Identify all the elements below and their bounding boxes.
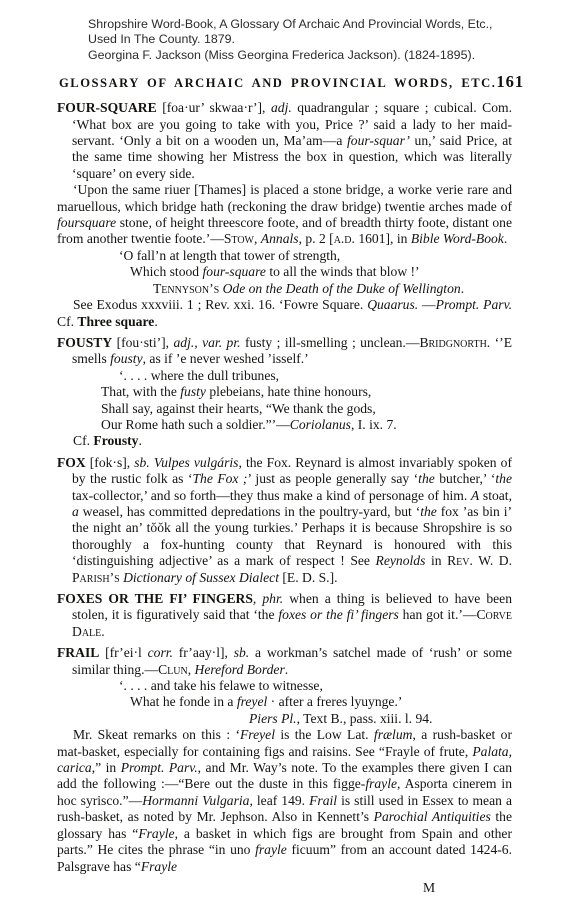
text-segment: Rev. xyxy=(447,553,473,568)
text-segment: Tennyson’s xyxy=(153,281,219,296)
text-segment: Frayle xyxy=(141,859,177,874)
text-segment: frælum xyxy=(374,727,413,742)
text-segment: fr’aay·l], xyxy=(173,645,234,660)
text-segment: frayle xyxy=(365,776,397,791)
text-segment: . xyxy=(138,433,141,448)
text-segment: , xyxy=(188,662,195,677)
text-segment: FOX xyxy=(57,455,86,470)
entry-paragraph: FOUR-SQUARE [foa·ur’ skwaa·r’], adj. qua… xyxy=(57,100,512,182)
entry-paragraph: Shall say, against their hearts, “We tha… xyxy=(101,401,512,417)
text-segment: Three square xyxy=(77,314,154,329)
text-segment: What he fonde in a xyxy=(130,694,237,709)
text-segment: the xyxy=(495,471,512,486)
scanned-page-body: GLOSSARY OF ARCHAIC AND PROVINCIAL WORDS… xyxy=(57,72,512,896)
text-segment: 1601], in xyxy=(355,231,411,246)
text-segment: plebeians, hate thine honours, xyxy=(206,384,371,399)
text-segment: Shall say, against their hearts, “We tha… xyxy=(101,401,376,416)
page-number: 161 xyxy=(496,72,524,92)
source-citation: Shropshire Word-Book, A Glossary Of Arch… xyxy=(88,17,527,63)
entry-paragraph: Cf. Frousty. xyxy=(57,433,512,449)
text-segment: is the Low Lat. xyxy=(275,727,374,742)
text-segment: a xyxy=(72,504,79,519)
source-author-line: Georgina F. Jackson (Miss Georgina Frede… xyxy=(88,48,527,63)
text-segment: Reynolds xyxy=(376,553,426,568)
text-segment: Frousty xyxy=(93,433,138,448)
text-segment: Frayle xyxy=(138,826,174,841)
entry-paragraph: ‘. . . . where the dull tribunes, xyxy=(119,368,512,384)
text-segment: sb. Vulpes vulgáris xyxy=(134,455,238,470)
running-head: GLOSSARY OF ARCHAIC AND PROVINCIAL WORDS… xyxy=(59,72,512,92)
text-segment: [fou·sti’], xyxy=(112,335,173,350)
text-segment: Parochial Antiquities xyxy=(374,809,491,824)
text-segment: W. D. xyxy=(473,553,512,568)
text-segment: FRAIL xyxy=(57,645,99,660)
text-segment: Ode on the Death of the Duke of Wellingt… xyxy=(223,281,461,296)
text-segment: Clun xyxy=(158,662,188,677)
text-segment: foxes or the fi’ fingers xyxy=(278,607,398,622)
text-segment: Mr. Skeat remarks on this : ‘ xyxy=(73,727,240,742)
text-segment: FOUR-SQUARE xyxy=(57,100,157,115)
text-segment: freyel xyxy=(237,694,267,709)
text-segment: foursquare xyxy=(57,215,116,230)
entry-paragraph: Which stood four-square to all the winds… xyxy=(130,264,512,280)
entry-four-square: FOUR-SQUARE [foa·ur’ skwaa·r’], adj. qua… xyxy=(57,100,512,330)
entry-paragraph: What he fonde in a freyel · after a frer… xyxy=(130,694,512,710)
text-segment: Parish’s xyxy=(72,570,120,585)
text-segment: Stow xyxy=(224,231,254,246)
entry-paragraph: Mr. Skeat remarks on this : ‘Freyel is t… xyxy=(57,727,512,875)
text-segment: to all the winds that blow !’ xyxy=(266,264,420,279)
text-segment: , xyxy=(253,591,262,606)
text-segment: . xyxy=(154,314,157,329)
entry-fox: FOX [fok·s], sb. Vulpes vulgáris, the Fo… xyxy=(57,455,512,586)
text-segment: a.d. xyxy=(334,231,355,246)
text-segment: ‘O fall’n at length that tower of streng… xyxy=(119,248,340,263)
text-segment: Our Rome hath such a soldier.”’— xyxy=(101,417,290,432)
entry-paragraph: See Exodus xxxviii. 1 ; Rev. xxi. 16. ‘F… xyxy=(57,297,512,330)
book-page: Shropshire Word-Book, A Glossary Of Arch… xyxy=(0,0,567,915)
entry-paragraph: That, with the fusty plebeians, hate thi… xyxy=(101,384,512,400)
text-segment: Bridgnorth xyxy=(419,335,486,350)
text-segment: phr. xyxy=(262,591,283,606)
text-segment: stoat, xyxy=(479,488,512,503)
entry-frail: FRAIL [fr’ei·l corr. fr’aay·l], sb. a wo… xyxy=(57,645,512,875)
entry-fousty: FOUSTY [fou·sti’], adj., var. pr. fusty … xyxy=(57,335,512,450)
text-segment: weasel, has committed depredations in th… xyxy=(79,504,420,519)
entry-paragraph: Tennyson’s Ode on the Death of the Duke … xyxy=(153,281,512,297)
text-segment: A xyxy=(471,488,479,503)
text-segment: See Exodus xxxviii. 1 ; Rev. xxi. 16. ‘F… xyxy=(73,297,367,312)
text-segment: , xyxy=(254,231,261,246)
text-segment: , p. 2 [ xyxy=(299,231,334,246)
text-segment: frayle xyxy=(255,842,287,857)
text-segment: Cf. xyxy=(57,314,77,329)
text-segment: Coriolanus xyxy=(290,417,351,432)
text-segment: [foa·ur’ skwaa·r’], xyxy=(157,100,271,115)
text-segment: adj. xyxy=(271,100,292,115)
text-segment: , Text B., pass. xiii. l. 94. xyxy=(297,711,433,726)
text-segment: Bible Word-Book xyxy=(411,231,504,246)
text-segment: han got it.’— xyxy=(399,607,477,622)
signature-mark: M xyxy=(423,880,512,896)
entry-paragraph: FOX [fok·s], sb. Vulpes vulgáris, the Fo… xyxy=(57,455,512,586)
text-segment: four-square xyxy=(203,264,266,279)
text-segment: four-squar’ xyxy=(347,133,410,148)
text-segment: fousty xyxy=(110,351,142,366)
text-segment: tax-collector,’ and so forth—they thus m… xyxy=(72,488,471,503)
text-segment: Annals xyxy=(261,231,299,246)
text-segment: · after a freres lyuynge.’ xyxy=(267,694,402,709)
text-segment: Hormanni Vulgaria xyxy=(142,793,249,808)
text-segment: , I. ix. 7. xyxy=(351,417,397,432)
entries: FOUR-SQUARE [foa·ur’ skwaa·r’], adj. qua… xyxy=(57,100,512,875)
entry-paragraph: Our Rome hath such a soldier.”’—Coriolan… xyxy=(101,417,512,433)
text-segment: ‘Upon the same riuer [Thames] is placed … xyxy=(57,182,512,213)
text-segment: Cf. xyxy=(73,433,93,448)
text-segment: Frail xyxy=(309,793,337,808)
entry-paragraph: FOXES OR THE FI’ FINGERS, phr. when a th… xyxy=(57,591,512,640)
text-segment: corr. xyxy=(148,645,173,660)
text-segment: in xyxy=(425,553,447,568)
text-segment: the xyxy=(418,471,435,486)
text-segment: ‘. . . . and take his felawe to witnesse… xyxy=(119,678,323,693)
text-segment: fusty ; ill-smelling ; unclean.— xyxy=(241,335,420,350)
text-segment: Prompt. Parv. xyxy=(121,760,198,775)
text-segment: [fr’ei·l xyxy=(99,645,147,660)
text-segment: ’ just as people generally say ‘ xyxy=(247,471,418,486)
text-segment: sb. xyxy=(234,645,250,660)
text-segment: — xyxy=(418,297,435,312)
text-segment: the xyxy=(420,504,437,519)
text-segment: . xyxy=(101,624,104,639)
text-segment: butcher,’ ‘ xyxy=(435,471,496,486)
text-segment: , leaf 149. xyxy=(249,793,309,808)
text-segment: [fok·s], xyxy=(86,455,135,470)
text-segment: FOXES OR THE FI’ FINGERS xyxy=(57,591,253,606)
source-subtitle-line: Used In The County. 1879. xyxy=(88,32,527,47)
entry-paragraph: ‘O fall’n at length that tower of streng… xyxy=(119,248,512,264)
text-segment: [E. D. S.]. xyxy=(279,570,338,585)
entry-foxes-or-the-fi-fingers: FOXES OR THE FI’ FINGERS, phr. when a th… xyxy=(57,591,512,640)
entry-paragraph: Piers Pl., Text B., pass. xiii. l. 94. xyxy=(249,711,512,727)
text-segment: Dictionary of Sussex Dialect xyxy=(123,570,279,585)
text-segment: ,” in xyxy=(92,760,121,775)
text-segment: . xyxy=(504,231,507,246)
text-segment: That, with the xyxy=(101,384,180,399)
entry-paragraph: ‘Upon the same riuer [Thames] is placed … xyxy=(57,182,512,248)
text-segment: Which stood xyxy=(130,264,203,279)
text-segment: , as if ’e never weshed ’isself.’ xyxy=(143,351,309,366)
text-segment: . xyxy=(285,662,288,677)
source-title-line: Shropshire Word-Book, A Glossary Of Arch… xyxy=(88,17,527,32)
text-segment: FOUSTY xyxy=(57,335,112,350)
text-segment: adj., var. pr. xyxy=(174,335,241,350)
text-segment: Freyel xyxy=(240,727,275,742)
text-segment: The Fox ; xyxy=(192,471,247,486)
text-segment: Piers Pl. xyxy=(249,711,297,726)
text-segment: ‘. . . . where the dull tribunes, xyxy=(119,368,279,383)
running-title: GLOSSARY OF ARCHAIC AND PROVINCIAL WORDS… xyxy=(59,76,496,91)
entry-paragraph: FOUSTY [fou·sti’], adj., var. pr. fusty … xyxy=(57,335,512,368)
text-segment: Quaarus. xyxy=(367,297,418,312)
text-segment: Prompt. Parv. xyxy=(436,297,512,312)
text-segment: fusty xyxy=(180,384,206,399)
text-segment: . xyxy=(461,281,464,296)
entry-paragraph: FRAIL [fr’ei·l corr. fr’aay·l], sb. a wo… xyxy=(57,645,512,678)
text-segment: Hereford Border xyxy=(195,662,285,677)
entry-paragraph: ‘. . . . and take his felawe to witnesse… xyxy=(119,678,512,694)
